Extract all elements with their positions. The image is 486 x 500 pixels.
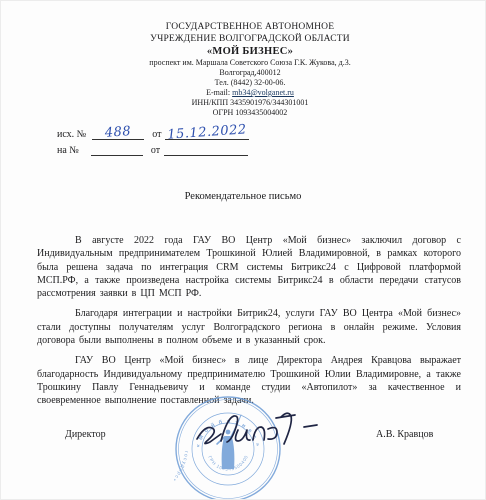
- ref-out-from-label: от: [152, 129, 161, 140]
- ref-out-number-field: 488: [92, 127, 144, 140]
- handwritten-signature: [191, 407, 323, 455]
- ref-out-label: исх. №: [57, 129, 86, 140]
- reference-block: исх. № 488 от 15.12.2022 на № от: [57, 126, 249, 158]
- handwritten-out-date: 15.12.2022: [165, 122, 250, 143]
- handwritten-out-number: 488: [92, 123, 145, 142]
- email-label: E-mail:: [206, 88, 232, 97]
- paragraph-2: Благодаря интеграции и настройки Битрик2…: [37, 307, 461, 347]
- email-link[interactable]: mb34@volganet.ru: [232, 88, 294, 97]
- ref-in-number-field: [91, 143, 143, 156]
- org-line-1: ГОСУДАРСТВЕННОЕ АВТОНОМНОЕ: [15, 21, 485, 33]
- ref-in-date-field: [164, 143, 248, 156]
- phone-line: Тел. (8442) 32-00-06.: [15, 78, 485, 88]
- ref-in-label: на №: [57, 145, 79, 156]
- email-line: E-mail: mb34@volganet.ru: [15, 88, 485, 98]
- org-name: «МОЙ БИЗНЕС»: [15, 45, 485, 58]
- org-line-2: УЧРЕЖДЕНИЕ ВОЛГОГРАДСКОЙ ОБЛАСТИ: [15, 33, 485, 45]
- letter-title: Рекомендательное письмо: [1, 191, 485, 202]
- address-line-1: проспект им. Маршала Советского Союза Г.…: [15, 58, 485, 68]
- address-line-2: Волгоград,400012: [15, 68, 485, 78]
- ref-out-date-field: 15.12.2022: [165, 127, 249, 140]
- letter-body: В августе 2022 года ГАУ ВО Центр «Мой би…: [37, 234, 461, 415]
- inn-kpp-line: ИНН/КПП 3435901976/344301001: [15, 98, 485, 108]
- ref-in-from-label: от: [151, 145, 160, 156]
- director-label: Директор: [65, 429, 106, 440]
- ref-in-row: на № от: [57, 142, 249, 156]
- letterhead: ГОСУДАРСТВЕННОЕ АВТОНОМНОЕ УЧРЕЖДЕНИЕ ВО…: [15, 21, 485, 118]
- signatory-name: А.В. Кравцов: [376, 429, 433, 440]
- paragraph-1: В августе 2022 года ГАУ ВО Центр «Мой би…: [37, 234, 461, 300]
- scanned-letter-page: ГОСУДАРСТВЕННОЕ АВТОНОМНОЕ УЧРЕЖДЕНИЕ ВО…: [0, 0, 486, 500]
- ogrn-line: ОГРН 1093435004002: [15, 108, 485, 118]
- ref-out-row: исх. № 488 от 15.12.2022: [57, 126, 249, 140]
